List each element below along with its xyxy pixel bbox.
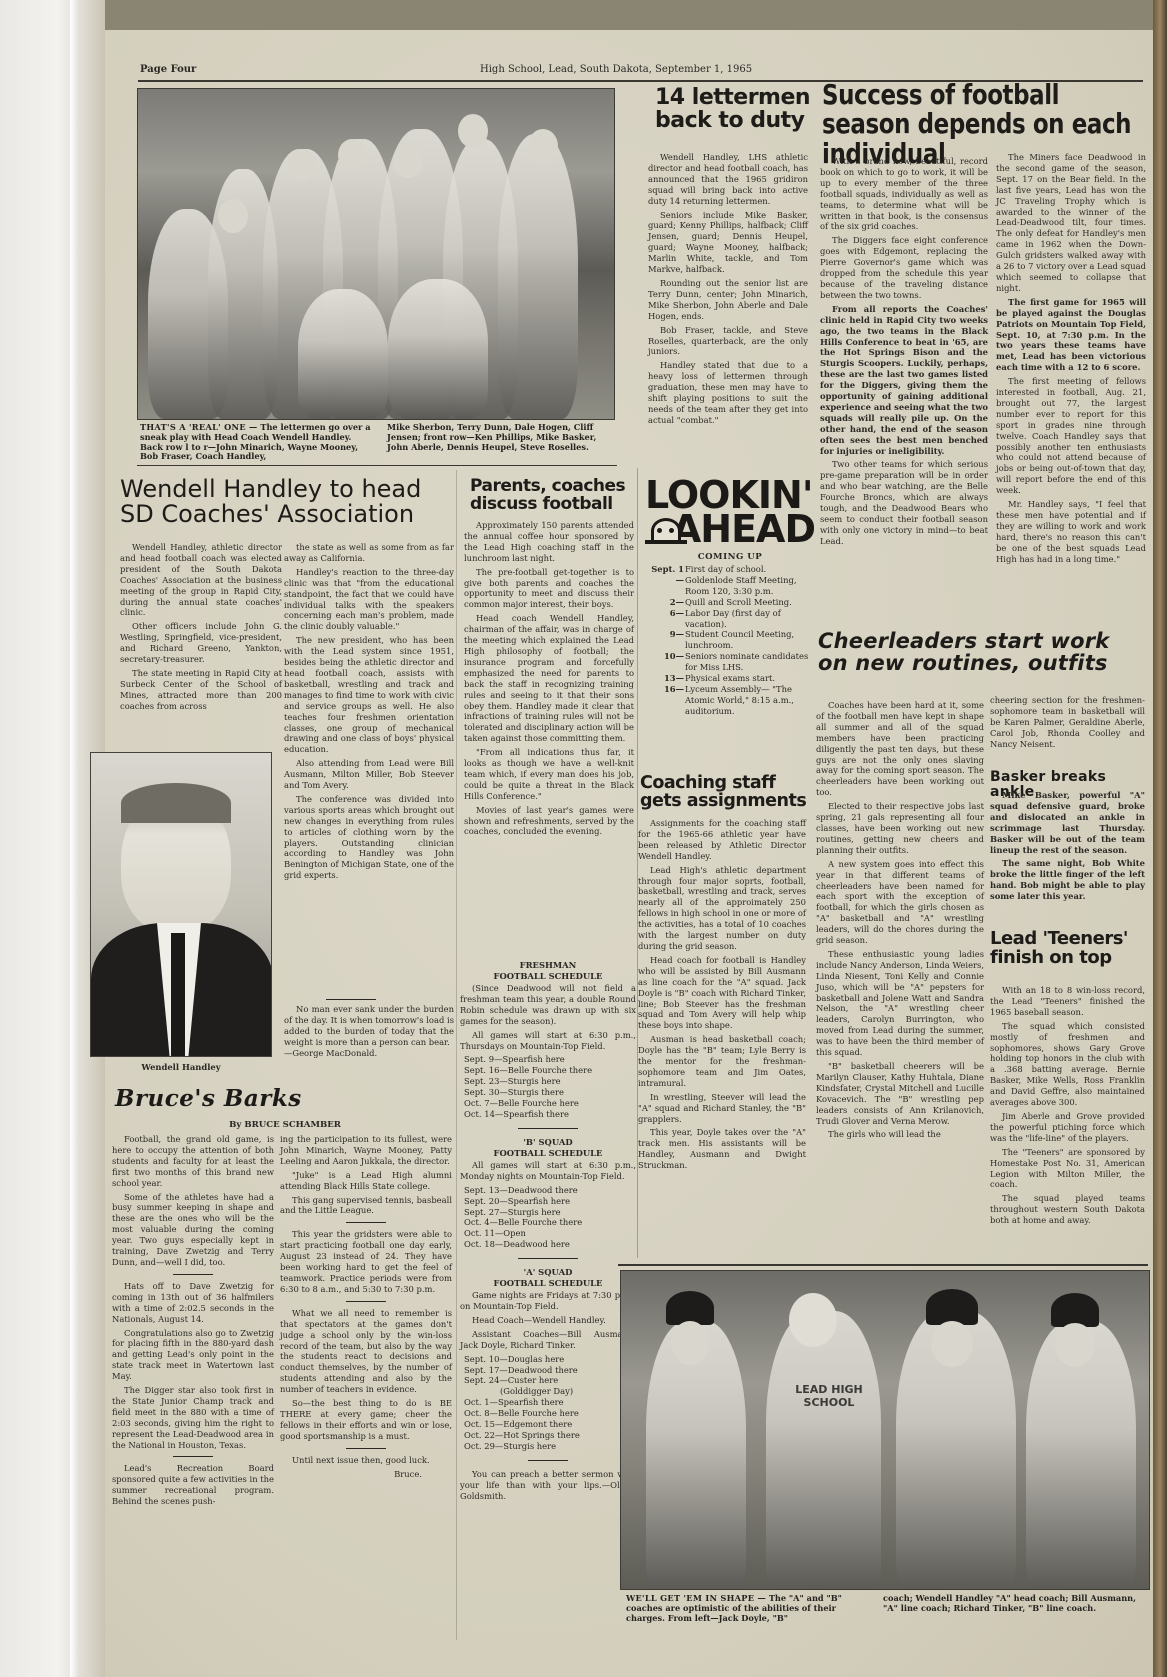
coaching-staff-headline: Coaching staff gets assignments: [640, 774, 815, 811]
column-divider: [456, 470, 457, 1640]
success-article-col1: With a brand new, beautiful, record book…: [820, 156, 988, 550]
lookin-ahead-logo: LOOKIN' AHEAD: [645, 478, 815, 546]
lettermen-photo: [137, 88, 615, 420]
divider: [346, 1301, 386, 1302]
wendell-article-col1: Wendell Handley, athletic director and h…: [120, 542, 282, 715]
event-row: 16—Lyceum Assembly— "The Atomic World," …: [645, 684, 815, 717]
game-row: Sept. 16—Belle Fourche there: [460, 1065, 636, 1076]
game-row: (Golddigger Day): [460, 1386, 636, 1397]
column-divider: [637, 468, 638, 1258]
byline: By BRUCE SCHAMBER: [120, 1120, 450, 1130]
game-row: Sept. 27—Sturgis here: [460, 1207, 636, 1218]
peeking-face-icon: [645, 516, 672, 546]
game-row: Oct. 18—Deadwood here: [460, 1239, 636, 1250]
basker-article: Mike Basker, powerful "A" squad defensiv…: [990, 790, 1145, 905]
jersey-lettering: LEAD HIGH SCHOOL: [779, 1383, 879, 1409]
game-row: Oct. 8—Belle Fourche here: [460, 1408, 636, 1419]
wendell-article-col2: the state as well as some from as far aw…: [284, 542, 454, 884]
macdonald-quote: No man ever sank under the burden of the…: [284, 1004, 454, 1059]
teeners-headline: Lead 'Teeners' finish on top: [990, 930, 1150, 968]
game-row: Sept. 10—Douglas here: [460, 1354, 636, 1365]
event-row: 9—Student Council Meeting, lunchroom.: [645, 629, 815, 651]
lettermen-headline: 14 lettermen back to duty: [655, 86, 815, 132]
divider: [518, 1258, 578, 1259]
game-row: Sept. 13—Deadwood there: [460, 1185, 636, 1196]
divider: [528, 1460, 568, 1461]
game-row: Oct. 22—Hot Springs there: [460, 1430, 636, 1441]
wendell-portrait: [90, 752, 272, 1057]
game-row: Sept. 17—Deadwood there: [460, 1365, 636, 1376]
divider: [173, 1456, 213, 1457]
game-row: Oct. 4—Belle Fourche there: [460, 1217, 636, 1228]
coaches-photo-caption-col2: coach; Wendell Handley "A" head coach; B…: [883, 1594, 1145, 1614]
event-row: Sept. 1—First day of school. Goldenlode …: [645, 564, 815, 597]
game-row: Sept. 23—Sturgis here: [460, 1076, 636, 1087]
lettermen-article: Wendell Handley, LHS athletic director a…: [648, 152, 808, 429]
events-list: Sept. 1—First day of school. Goldenlode …: [645, 564, 815, 717]
coaches-photo-caption-col1: WE'LL GET 'EM IN SHAPE — The "A" and "B"…: [626, 1594, 868, 1623]
bruces-barks-col2: ing the participation to its fullest, we…: [280, 1134, 452, 1482]
cheerleaders-headline: Cheerleaders start work on new routines,…: [818, 630, 1138, 674]
game-row: Oct. 11—Open: [460, 1228, 636, 1239]
bruces-barks-title: Bruce's Barks: [115, 1085, 455, 1112]
page-number: Page Four: [140, 64, 196, 75]
coaching-staff-article: Assignments for the coaching staff for t…: [638, 818, 806, 1174]
a-squad-games-list: Sept. 10—Douglas here Sept. 17—Deadwood …: [460, 1354, 636, 1452]
coming-up-heading: COMING UP: [645, 552, 815, 562]
freshman-games-list: Sept. 9—Spearfish here Sept. 16—Belle Fo…: [460, 1054, 636, 1119]
divider: [326, 999, 376, 1000]
game-row: Sept. 20—Spearfish here: [460, 1196, 636, 1207]
parents-headline: Parents, coaches discuss football: [470, 478, 640, 514]
game-row: Oct. 1—Spearfish there: [460, 1397, 636, 1408]
game-row: Sept. 24—Custer here: [460, 1375, 636, 1386]
lettermen-photo-caption-col1: THAT'S A 'REAL' ONE — The lettermen go o…: [140, 423, 376, 462]
success-article-col2: The Miners face Deadwood in the second g…: [996, 152, 1146, 568]
divider: [518, 1128, 578, 1129]
game-row: Oct. 15—Edgemont there: [460, 1419, 636, 1430]
divider: [346, 1448, 386, 1449]
teeners-article: With an 18 to 8 win-loss record, the Lea…: [990, 985, 1145, 1229]
freshman-schedule: FRESHMAN FOOTBALL SCHEDULE (Since Deadwo…: [460, 960, 636, 1502]
game-row: Oct. 29—Sturgis here: [460, 1441, 636, 1452]
coaches-photo: LEAD HIGH SCHOOL: [620, 1270, 1150, 1590]
publication-line: High School, Lead, South Dakota, Septemb…: [480, 64, 752, 75]
event-row: 2—Quill and Scroll Meeting.: [645, 597, 815, 608]
goldsmith-quote: You can preach a better sermon with your…: [460, 1469, 636, 1502]
game-row: Sept. 9—Spearfish here: [460, 1054, 636, 1065]
cheerleaders-article-col2: cheering section for the freshmen-sophom…: [990, 695, 1145, 753]
divider: [618, 1264, 1148, 1266]
divider: [173, 1274, 213, 1275]
event-row: 6—Labor Day (first day of vacation).: [645, 608, 815, 630]
parents-article: Approximately 150 parents attended the a…: [464, 520, 634, 840]
cheerleaders-article-col1: Coaches have been hard at it, some of th…: [816, 700, 984, 1143]
binding-edge: [1153, 0, 1167, 1677]
event-row: 13—Physical exams start.: [645, 673, 815, 684]
b-squad-games-list: Sept. 13—Deadwood there Sept. 20—Spearfi…: [460, 1185, 636, 1250]
masthead: Page Four High School, Lead, South Dakot…: [140, 62, 1145, 78]
event-row: 10—Seniors nominate candidates for Miss …: [645, 651, 815, 673]
game-row: Sept. 30—Sturgis there: [460, 1087, 636, 1098]
bruces-barks-col1: Football, the grand old game, is here to…: [112, 1134, 274, 1510]
divider: [137, 465, 617, 466]
wendell-headline: Wendell Handley to head SD Coaches' Asso…: [120, 477, 460, 527]
divider: [346, 1222, 386, 1223]
lookin-ahead-box: LOOKIN' AHEAD COMING UP Sept. 1—First da…: [645, 478, 815, 717]
game-row: Oct. 7—Belle Fourche here: [460, 1098, 636, 1109]
game-row: Oct. 14—Spearfish there: [460, 1109, 636, 1120]
portrait-caption: Wendell Handley: [90, 1062, 272, 1072]
lettermen-photo-caption-col2: Mike Sherbon, Terry Dunn, Dale Hogen, Cl…: [387, 423, 617, 452]
